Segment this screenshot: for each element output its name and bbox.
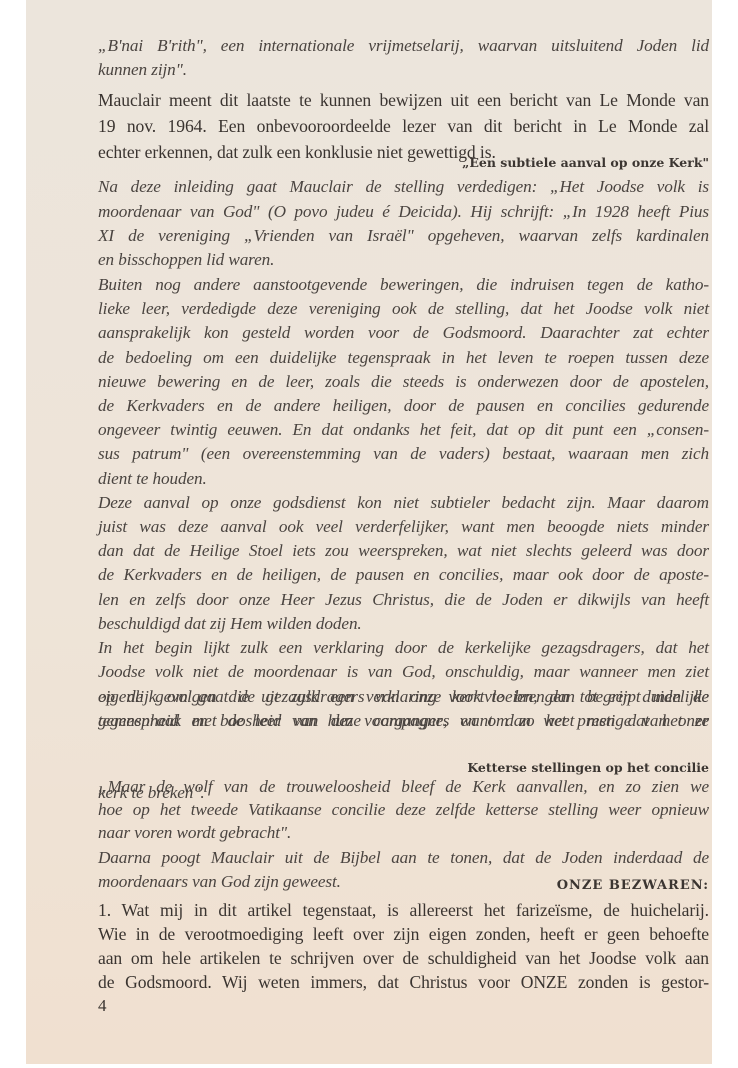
text-line: Mauclair meent dit laatste te kunnen bew…: [98, 88, 709, 112]
text-line: juist was deze aanval ook veel verderfel…: [98, 515, 709, 539]
text-line: Wie in de verootmoediging leeft over zij…: [98, 922, 709, 946]
section-heading-onze-bezwaren: ONZE BEZWAREN:: [557, 876, 709, 896]
text-line: dan dat de Heilige Stoel iets zou weersp…: [98, 539, 709, 563]
text-line: aansprakelijk kon gesteld worden voor de…: [98, 321, 709, 345]
text-line: lieke leer, verdedigde deze vereniging o…: [98, 297, 709, 321]
text-line: Buiten nog andere aanstootgevende beweri…: [98, 273, 709, 297]
text-line: 19 nov. 1964. Een onbevooroordeelde leze…: [98, 114, 709, 138]
text-line: Deze aanval op onze godsdienst kon niet …: [98, 491, 709, 515]
text-line: aan om hele artikelen te schrijven over …: [98, 946, 709, 970]
text-line: de Kerkvaders en de heiligen, de pausen …: [98, 563, 709, 587]
text-line: Daarna poogt Mauclair uit de Bijbel aan …: [98, 846, 709, 870]
text-line: naar voren wordt gebracht".: [98, 821, 709, 845]
text-line: ongeveer twintig eeuwen. En dat ondanks …: [98, 418, 709, 442]
text-line: eigenlijk om gaat de gezagsdragers van o…: [98, 685, 709, 709]
text-line: In het begin lijkt zulk een verklaring d…: [98, 636, 709, 660]
text-line: de Kerkvaders en de andere heiligen, doo…: [98, 394, 709, 418]
section-heading-ketterse-stellingen: Ketterse stellingen op het concilie: [467, 758, 709, 778]
text-line: XI de vereniging „Vrienden van Israël" o…: [98, 224, 709, 248]
text-line: „Maar de wolf van de trouweloosheid blee…: [98, 775, 709, 799]
text-line: 1. Wat mij in dit artikel tegenstaat, is…: [98, 898, 709, 922]
text-line: hoe op het tweede Vatikaanse concilie de…: [98, 798, 709, 822]
text-line: dient te houden.: [98, 467, 709, 491]
text-line: kunnen zijn".: [98, 58, 709, 82]
text-line: len en zelfs door onze Heer Jezus Christ…: [98, 588, 709, 612]
text-line: en bisschoppen lid waren.: [98, 248, 709, 272]
text-line: „B'nai B'rith", een internationale vrijm…: [98, 34, 709, 58]
text-line: moordenaar van God" (O povo judeu é Deic…: [98, 200, 709, 224]
text-line: beschuldigd dat zij Hem wilden doden.: [98, 612, 709, 636]
section-heading-subtiele-aanval: „Een subtiele aanval op onze Kerk": [462, 153, 709, 173]
text-line: Joodse volk niet de moordenaar is van Go…: [98, 660, 709, 684]
text-line: Na deze inleiding gaat Mauclair de stell…: [98, 175, 709, 199]
text-line: de bedoeling om een duidelijke tegenspra…: [98, 346, 709, 370]
text-line: nieuwe bewering en de leer, zoals die st…: [98, 370, 709, 394]
text-line: de Godsmoord. Wij weten immers, dat Chri…: [98, 970, 709, 994]
page-number: 4: [98, 994, 107, 1018]
text-line: tegenspraak met de leer van hun voorgang…: [98, 709, 709, 733]
text-line: sus patrum" (een overeenstemming van de …: [98, 442, 709, 466]
